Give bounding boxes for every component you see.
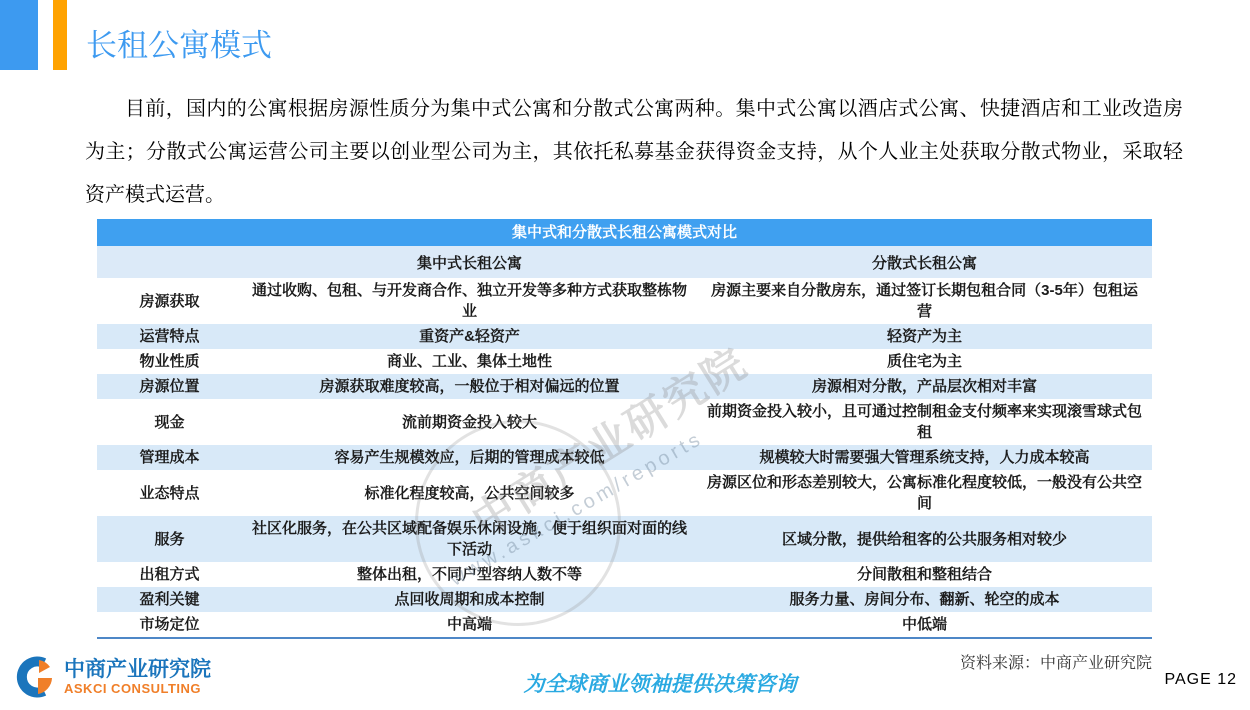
decentralized-cell: 前期资金投入较小，且可通过控制租金支付频率来实现滚雪球式包租 <box>697 399 1152 445</box>
centralized-cell: 房源获取难度较高，一般位于相对偏远的位置 <box>242 374 697 399</box>
decentralized-cell: 服务力量、房间分布、翻新、轮空的成本 <box>697 587 1152 612</box>
table-row: 盈利关键 点回收周期和成本控制 服务力量、房间分布、翻新、轮空的成本 <box>97 587 1152 612</box>
row-label: 市场定位 <box>97 612 242 637</box>
intro-paragraph: 目前，国内的公寓根据房源性质分为集中式公寓和分散式公寓两种。集中式公寓以酒店式公… <box>85 88 1183 217</box>
centralized-cell: 流前期资金投入较大 <box>242 399 697 445</box>
decentralized-cell: 质住宅为主 <box>697 349 1152 374</box>
logo-name-cn: 中商产业研究院 <box>64 658 211 681</box>
table-row: 房源获取 通过收购、包租、与开发商合作、独立开发等多种方式获取整栋物业 房源主要… <box>97 278 1152 324</box>
centralized-cell: 标准化程度较高，公共空间较多 <box>242 470 697 516</box>
centralized-cell: 重资产&轻资产 <box>242 324 697 349</box>
column-header-empty <box>97 246 242 278</box>
header-accent-blue <box>0 0 38 70</box>
slide: 长租公寓模式 目前，国内的公寓根据房源性质分为集中式公寓和分散式公寓两种。集中式… <box>0 0 1250 710</box>
comparison-table-grid: 集中式长租公寓 分散式长租公寓 房源获取 通过收购、包租、与开发商合作、独立开发… <box>97 246 1152 637</box>
row-label: 房源位置 <box>97 374 242 399</box>
company-logo: 中商产业研究院 ASKCI CONSULTING <box>14 656 211 698</box>
decentralized-cell: 房源相对分散，产品层次相对丰富 <box>697 374 1152 399</box>
decentralized-cell: 房源主要来自分散房东，通过签订长期包租合同（3-5年）包租运营 <box>697 278 1152 324</box>
table-row: 出租方式 整体出租，不同户型容纳人数不等 分间散租和整租结合 <box>97 562 1152 587</box>
page-title: 长租公寓模式 <box>86 20 272 65</box>
header-accent-orange <box>53 0 67 70</box>
page-number: PAGE 12 <box>1164 671 1237 689</box>
table-row: 业态特点 标准化程度较高，公共空间较多 房源区位和形态差别较大，公寓标准化程度较… <box>97 470 1152 516</box>
row-label: 盈利关键 <box>97 587 242 612</box>
centralized-cell: 商业、工业、集体土地性 <box>242 349 697 374</box>
decentralized-cell: 区域分散，提供给租客的公共服务相对较少 <box>697 516 1152 562</box>
decentralized-cell: 房源区位和形态差别较大，公寓标准化程度较低，一般没有公共空间 <box>697 470 1152 516</box>
centralized-cell: 中高端 <box>242 612 697 637</box>
centralized-cell: 点回收周期和成本控制 <box>242 587 697 612</box>
table-row: 运营特点 重资产&轻资产 轻资产为主 <box>97 324 1152 349</box>
decentralized-cell: 轻资产为主 <box>697 324 1152 349</box>
logo-name-en: ASKCI CONSULTING <box>64 681 211 696</box>
table-row: 房源位置 房源获取难度较高，一般位于相对偏远的位置 房源相对分散，产品层次相对丰… <box>97 374 1152 399</box>
table-row: 物业性质 商业、工业、集体土地性 质住宅为主 <box>97 349 1152 374</box>
row-label: 服务 <box>97 516 242 562</box>
table-row: 服务 社区化服务，在公共区域配备娱乐休闲设施，便于组织面对面的线下活动 区域分散… <box>97 516 1152 562</box>
footer-tagline: 为全球商业领袖提供决策咨询 <box>495 668 825 698</box>
logo-text: 中商产业研究院 ASKCI CONSULTING <box>64 658 211 696</box>
column-header-centralized: 集中式长租公寓 <box>242 246 697 278</box>
table-row: 管理成本 容易产生规模效应，后期的管理成本较低 规模较大时需要强大管理系统支持，… <box>97 445 1152 470</box>
row-label: 运营特点 <box>97 324 242 349</box>
decentralized-cell: 规模较大时需要强大管理系统支持，人力成本较高 <box>697 445 1152 470</box>
source-note: 资料来源：中商产业研究院 <box>960 650 1152 673</box>
decentralized-cell: 中低端 <box>697 612 1152 637</box>
centralized-cell: 社区化服务，在公共区域配备娱乐休闲设施，便于组织面对面的线下活动 <box>242 516 697 562</box>
centralized-cell: 容易产生规模效应，后期的管理成本较低 <box>242 445 697 470</box>
table-row: 现金 流前期资金投入较大 前期资金投入较小，且可通过控制租金支付频率来实现滚雪球… <box>97 399 1152 445</box>
row-label: 物业性质 <box>97 349 242 374</box>
column-header-decentralized: 分散式长租公寓 <box>697 246 1152 278</box>
decentralized-cell: 分间散租和整租结合 <box>697 562 1152 587</box>
comparison-table: 集中式和分散式长租公寓模式对比 集中式长租公寓 分散式长租公寓 房源获取 通过收… <box>97 219 1152 639</box>
row-label: 管理成本 <box>97 445 242 470</box>
row-label: 房源获取 <box>97 278 242 324</box>
table-header-row: 集中式长租公寓 分散式长租公寓 <box>97 246 1152 278</box>
table-title: 集中式和分散式长租公寓模式对比 <box>97 219 1152 246</box>
row-label: 现金 <box>97 399 242 445</box>
table-row: 市场定位 中高端 中低端 <box>97 612 1152 637</box>
centralized-cell: 通过收购、包租、与开发商合作、独立开发等多种方式获取整栋物业 <box>242 278 697 324</box>
centralized-cell: 整体出租，不同户型容纳人数不等 <box>242 562 697 587</box>
row-label: 出租方式 <box>97 562 242 587</box>
askci-logo-icon <box>14 656 56 698</box>
row-label: 业态特点 <box>97 470 242 516</box>
